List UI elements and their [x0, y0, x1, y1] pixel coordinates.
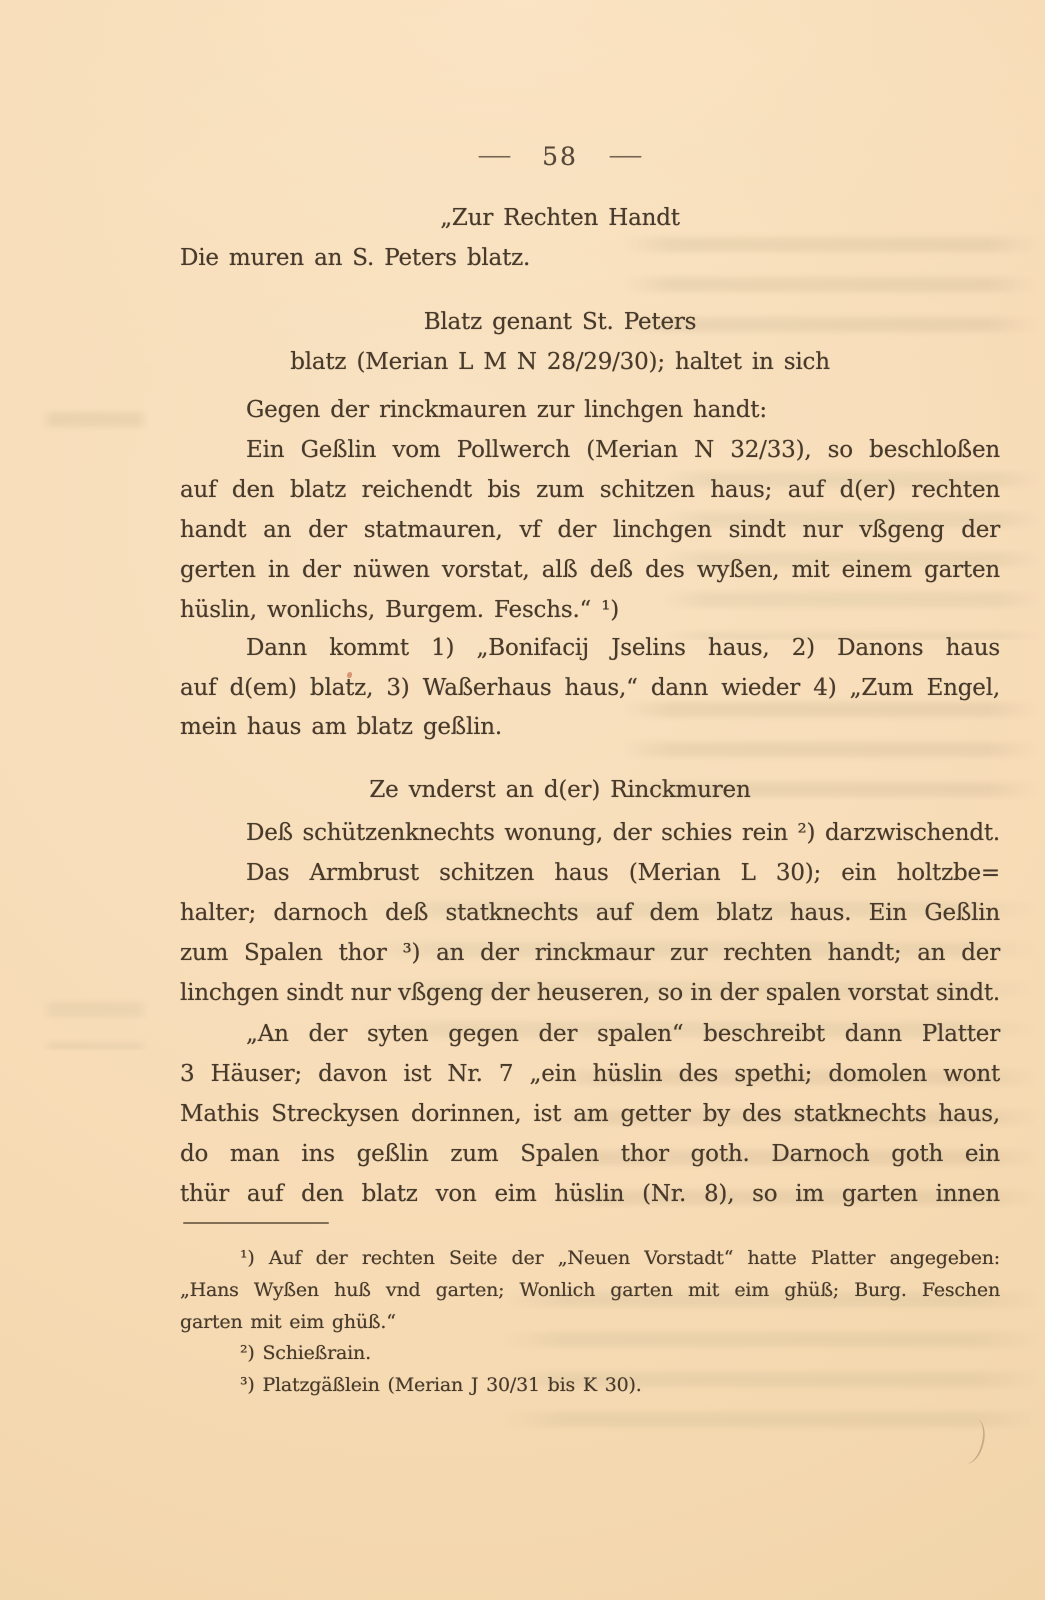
- footnote-line: „Hans Wyßen huß vnd garten; Wonlich gart…: [180, 1275, 1000, 1306]
- body-line: do man ins geßlin zum Spalen thor goth. …: [180, 1134, 1000, 1174]
- body-line: hüslin, wonlichs, Burgem. Feschs.“ ¹): [180, 590, 1000, 630]
- footnote-separator: [183, 1222, 329, 1224]
- section-heading: Ze vnderst an d(er) Rinckmuren: [150, 770, 970, 810]
- bleed-through-area: [40, 990, 150, 1050]
- bleed-through-area: [40, 400, 150, 450]
- body-line: auf den blatz reichendt bis zum schitzen…: [180, 470, 1000, 510]
- body-line: „An der syten gegen der spalen“ beschrei…: [180, 1014, 1000, 1054]
- body-line: Ein Geßlin vom Pollwerch (Merian N 32/33…: [180, 430, 1000, 470]
- section-heading: blatz (Merian L M N 28/29/30); haltet in…: [150, 342, 970, 382]
- body-line: thür auf den blatz von eim hüslin (Nr. 8…: [180, 1174, 1000, 1214]
- footnote-line: ³) Platzgäßlein (Merian J 30/31 bis K 30…: [180, 1370, 1000, 1401]
- footnote-line: garten mit eim ghüß.“: [180, 1307, 1000, 1338]
- footnote-line: ²) Schießrain.: [180, 1338, 1000, 1369]
- body-line: Gegen der rinckmauren zur linchgen handt…: [180, 390, 1000, 430]
- page-header: — 58 —: [150, 136, 970, 176]
- footnote-line: ¹) Auf der rechten Seite der „Neuen Vors…: [180, 1243, 1000, 1274]
- section-heading: Blatz genant St. Peters: [150, 302, 970, 342]
- body-line: auf d(em) blatz, 3) Waßerhaus haus,“ dan…: [180, 668, 1000, 708]
- body-line: linchgen sindt nur vßgeng der heuseren, …: [180, 973, 1000, 1013]
- header-dash-right: —: [608, 143, 643, 169]
- quote-heading-line: „Zur Rechten Handt: [150, 198, 970, 238]
- body-line: Das Armbrust schitzen haus (Merian L 30)…: [180, 853, 1000, 893]
- paper-fiber: [953, 1416, 989, 1467]
- header-dash-left: —: [477, 143, 512, 169]
- body-line: mein haus am blatz geßlin.: [180, 707, 1000, 747]
- body-line: Dann kommt 1) „Bonifacij Jselins haus, 2…: [180, 628, 1000, 668]
- body-line: 3 Häuser; davon ist Nr. 7 „ein hüslin de…: [180, 1054, 1000, 1094]
- scanned-book-page: — 58 — „Zur Rechten Handt Die muren an S…: [0, 0, 1045, 1600]
- body-line: halter; darnoch deß statknechts auf dem …: [180, 893, 1000, 933]
- body-line: Die muren an S. Peters blatz.: [180, 238, 1000, 278]
- page-number: 58: [542, 142, 578, 171]
- body-line: zum Spalen thor ³) an der rinckmaur zur …: [180, 933, 1000, 973]
- body-line: Deß schützenknechts wonung, der schies r…: [180, 813, 1000, 853]
- body-line: Mathis Streckysen dorinnen, ist am gette…: [180, 1094, 1000, 1134]
- body-line: handt an der statmauren, vf der linchgen…: [180, 510, 1000, 550]
- body-line: gerten in der nüwen vorstat, alß deß des…: [180, 550, 1000, 590]
